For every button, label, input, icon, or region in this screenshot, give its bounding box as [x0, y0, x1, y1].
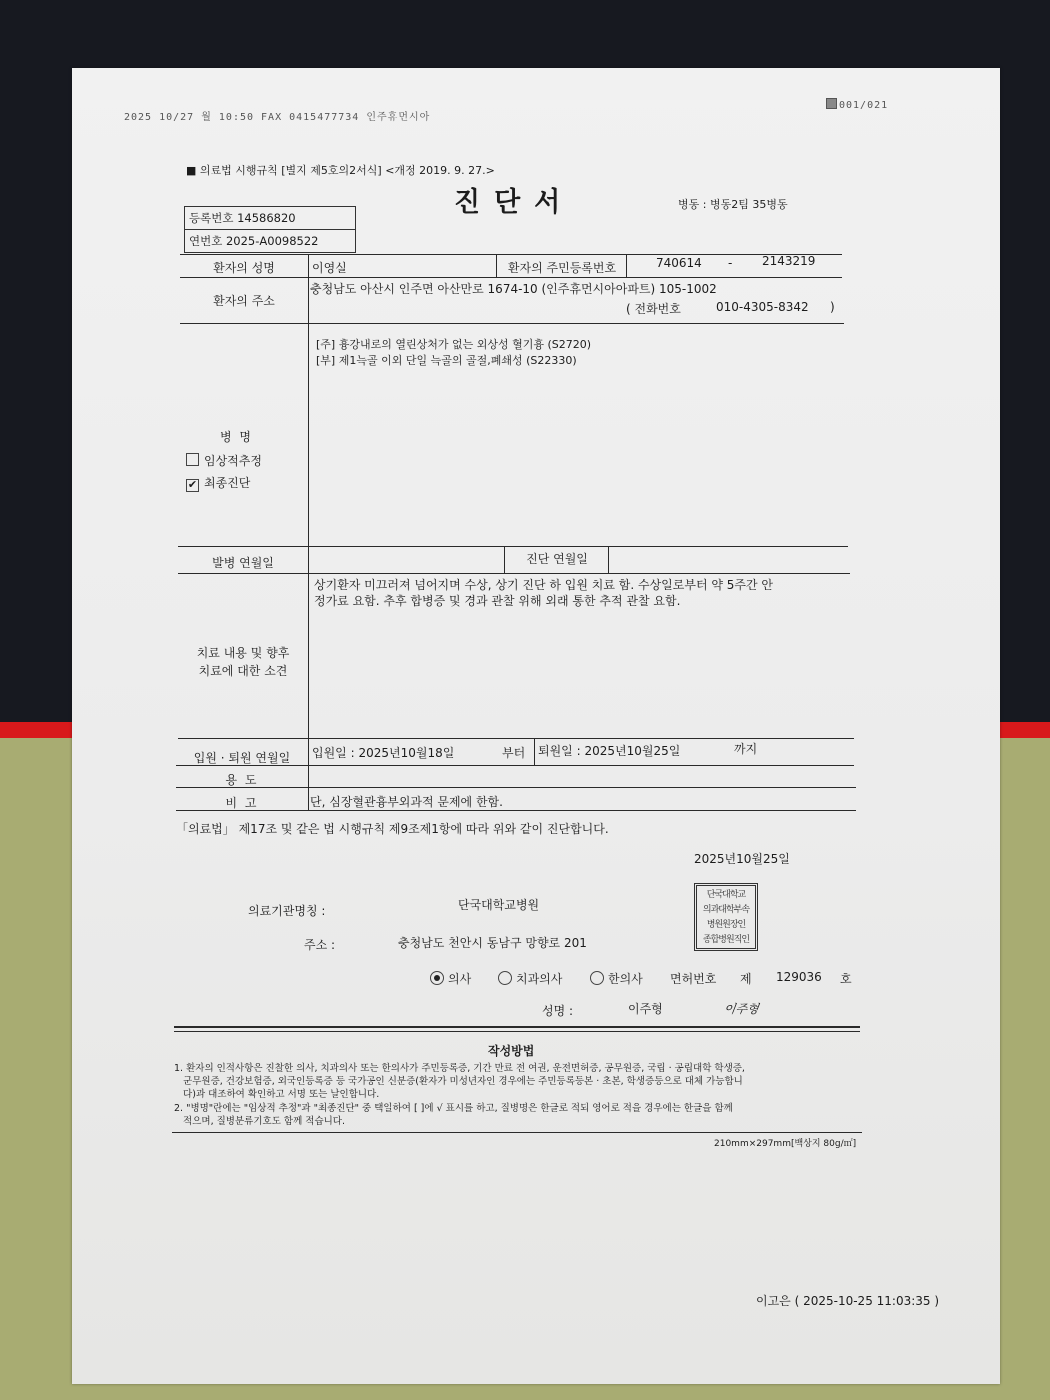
patient-rrn-dash: -: [728, 256, 732, 270]
patient-address: 충청남도 아산시 인주면 아산만로 1674-10 (인주휴먼시아아파트) 10…: [310, 280, 717, 297]
treatment-opinion-line1: 상기환자 미끄러져 넘어지며 수상, 상기 진단 하 입원 치료 함. 수상일로…: [314, 576, 773, 593]
diagnosis-option-final[interactable]: ✔최종진단: [186, 474, 250, 492]
issue-date: 2025년10월25일: [694, 850, 790, 867]
admission-from: 부터: [502, 744, 525, 761]
checkbox-checked-icon[interactable]: ✔: [186, 479, 199, 492]
remarks-label: 비 고: [176, 794, 308, 811]
table-rule: [180, 277, 842, 278]
radio-selected-icon[interactable]: [430, 971, 444, 985]
table-divider: [496, 254, 497, 277]
table-rule: [178, 546, 848, 547]
instructions-rule: [174, 1031, 860, 1032]
doctor-type-dentist[interactable]: 치과의사: [498, 970, 562, 987]
patient-phone-label: ( 전화번호: [626, 300, 681, 317]
instruction-line: 2. "병명"란에는 "임상적 추정"과 "최종진단" 중 택일하여 [ ]에 …: [174, 1102, 733, 1115]
doctor-name-label: 성명 :: [542, 1002, 573, 1019]
table-divider: [608, 546, 609, 573]
patient-phone: 010-4305-8342: [716, 300, 809, 314]
institution-name: 단국대학교병원: [458, 896, 539, 913]
paper-spec: 210mm×297mm[백상지 80g/㎡]: [714, 1136, 856, 1149]
treatment-label-line1: 치료 내용 및 향후: [178, 644, 308, 661]
stamp-line: 의과대학부속: [697, 903, 755, 918]
instructions-rule: [172, 1132, 862, 1133]
instruction-line: 적으며, 질병분류기호도 함께 적습니다.: [174, 1115, 345, 1128]
discharge-date: 퇴원일 : 2025년10월25일: [538, 742, 680, 759]
instructions-title: 작성방법: [488, 1042, 534, 1059]
doctor-name: 이주형: [628, 1000, 663, 1017]
license-suffix: 호: [840, 970, 852, 987]
printed-by: 이고은 ( 2025-10-25 11:03:35 ): [756, 1292, 939, 1309]
radio-empty-icon[interactable]: [590, 971, 604, 985]
hospital-seal-stamp: 단국대학교 의과대학부속 병원원장인 종합병원직인: [694, 883, 758, 951]
fax-header: 2025 10/27 월 10:50 FAX 0415477734 인주휴먼시아: [124, 108, 430, 123]
license-prefix: 제: [740, 970, 752, 987]
stamp-line: 병원원장인: [697, 918, 755, 933]
diagnosis-option-label: 최종진단: [204, 476, 250, 490]
table-rule: [180, 323, 844, 324]
patient-rrn-label: 환자의 주민등록번호: [498, 259, 626, 276]
diagnosis-primary: [주] 흉강내로의 열린상처가 없는 외상성 혈기흉 (S2720): [316, 336, 591, 352]
patient-name: 이영실: [312, 259, 347, 276]
table-divider: [534, 738, 535, 765]
checkbox-empty-icon[interactable]: [186, 453, 199, 466]
doctor-type-oriental[interactable]: 한의사: [590, 970, 643, 987]
patient-rrn-front: 740614: [656, 256, 702, 270]
admission-date: 입원일 : 2025년10월18일: [312, 744, 454, 761]
diagnosis-certificate-paper: 2025 10/27 월 10:50 FAX 0415477734 인주휴먼시아…: [72, 68, 1000, 1384]
table-rule: [178, 738, 854, 739]
patient-address-label: 환자의 주소: [180, 292, 308, 309]
patient-name-label: 환자의 성명: [180, 259, 308, 276]
patient-phone-close: ): [830, 300, 835, 314]
fax-page-counter: 001/021: [826, 98, 888, 111]
admission-label: 입원 · 퇴원 연월일: [176, 749, 308, 766]
instructions-rule: [174, 1026, 860, 1028]
stamp-line: 종합병원직인: [697, 933, 755, 948]
treatment-opinion-line2: 정가료 요함. 추후 합병증 및 경과 관찰 위해 외래 통한 추적 관찰 요함…: [314, 592, 680, 609]
legal-statement: 「의료법」 제17조 및 같은 법 시행규칙 제9조제1항에 따라 위와 같이 …: [176, 820, 609, 837]
registration-box: 등록번호 14586820 연번호 2025-A0098522: [184, 206, 356, 253]
fax-page-icon: [826, 98, 837, 109]
serial-number: 연번호 2025-A0098522: [185, 229, 355, 252]
table-rule: [178, 573, 850, 574]
license-label: 면허번호: [670, 970, 716, 987]
purpose-label: 용 도: [176, 771, 308, 788]
registration-number: 등록번호 14586820: [185, 207, 355, 229]
doctor-type-label: 치과의사: [516, 972, 562, 986]
treatment-label-line2: 치료에 대한 소견: [178, 662, 308, 679]
doctor-type-label: 의사: [448, 972, 471, 986]
license-number: 129036: [776, 970, 822, 984]
table-divider: [308, 254, 309, 810]
table-divider: [504, 546, 505, 573]
discharge-until: 까지: [734, 740, 757, 757]
institution-name-label: 의료기관명칭 :: [248, 902, 325, 919]
diagnosis-option-label: 임상적추정: [204, 454, 262, 468]
fax-page-number: 001/021: [839, 100, 888, 111]
diagnosis-label: 병 명: [220, 428, 253, 445]
ward-info: 병동 : 병동2팀 35병동: [678, 196, 788, 212]
patient-rrn-back: 2143219: [762, 254, 815, 268]
stamp-line: 단국대학교: [697, 888, 755, 903]
doctor-type-label: 한의사: [608, 972, 643, 986]
diagnosis-option-clinical[interactable]: 임상적추정: [186, 452, 262, 469]
institution-address-label: 주소 :: [304, 936, 335, 953]
table-divider: [626, 254, 627, 277]
diagnosis-secondary: [부] 제1늑골 이외 단일 늑골의 골절,폐쇄성 (S22330): [316, 352, 577, 368]
table-rule: [180, 254, 842, 255]
diagnosis-date-label: 진단 연월일: [506, 550, 608, 567]
instruction-line: 다)과 대조하여 확인하고 서명 또는 날인합니다.: [174, 1088, 379, 1101]
institution-address: 충청남도 천안시 동남구 망향로 201: [398, 934, 587, 951]
radio-empty-icon[interactable]: [498, 971, 512, 985]
doctor-signature: 이주형: [723, 1000, 760, 1017]
instruction-line: 1. 환자의 인적사항은 진찰한 의사, 치과의사 또는 한의사가 주민등록증,…: [174, 1062, 745, 1075]
remarks-value: 단, 심장혈관흉부외과적 문제에 한함.: [310, 793, 503, 810]
page-title: 진단서: [454, 180, 574, 219]
instruction-line: 군무원증, 건강보험증, 외국인등록증 등 국가공인 신분증(환자가 미성년자인…: [174, 1075, 743, 1088]
onset-date-label: 발병 연월일: [178, 554, 308, 571]
doctor-type-physician[interactable]: 의사: [430, 970, 471, 987]
form-reference: ■ 의료법 시행규칙 [별지 제5호의2서식] <개정 2019. 9. 27.…: [186, 162, 495, 178]
